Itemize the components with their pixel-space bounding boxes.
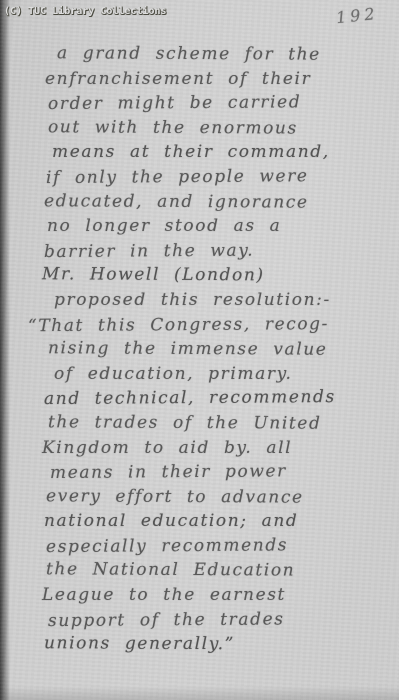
handwritten-line: if only the people were [0, 164, 391, 191]
handwritten-line: especially recommends [0, 533, 391, 560]
handwritten-line: support of the trades [0, 606, 391, 633]
handwritten-line: and technical, recommends [0, 385, 391, 412]
handwritten-line: Kingdom to aid by. all [0, 436, 391, 461]
library-watermark: (C) TUC Library Collections [4, 6, 167, 17]
handwritten-line: order might be carried [0, 90, 391, 117]
handwritten-line: means in their power [0, 459, 391, 486]
handwritten-line: means at their command, [0, 140, 391, 165]
handwritten-line: nising the immense value [0, 336, 391, 363]
handwritten-line: enfranchisement of their [0, 67, 391, 92]
handwritten-line: Mr. Howell (London) [0, 262, 391, 289]
handwritten-line: the National Education [0, 557, 391, 584]
manuscript-page-scan: (C) TUC Library Collections 192 a grand … [0, 0, 399, 700]
handwritten-line: of education, primary. [0, 362, 391, 387]
handwritten-line: unions generally.” [0, 631, 391, 658]
handwritten-line: educated, and ignorance [0, 189, 391, 216]
handwritten-line: “That this Congress, recog- [0, 311, 391, 338]
handwritten-line: out with the enormous [0, 115, 391, 142]
handwritten-line: national education; and [0, 509, 391, 534]
handwritten-line: a grand scheme for the [0, 41, 391, 68]
handwritten-text-block: a grand scheme for theenfranchisement of… [0, 42, 391, 657]
handwritten-line: no longer stood as a [0, 214, 391, 239]
handwritten-line: barrier in the way. [0, 237, 391, 264]
page-number: 192 [335, 4, 379, 27]
handwritten-line: the trades of the United [0, 410, 391, 437]
handwritten-line: League to the earnest [0, 583, 391, 608]
handwritten-line: proposed this resolution:- [0, 288, 391, 313]
page-bottom-shadow [0, 686, 399, 700]
handwritten-line: every effort to advance [0, 484, 391, 511]
